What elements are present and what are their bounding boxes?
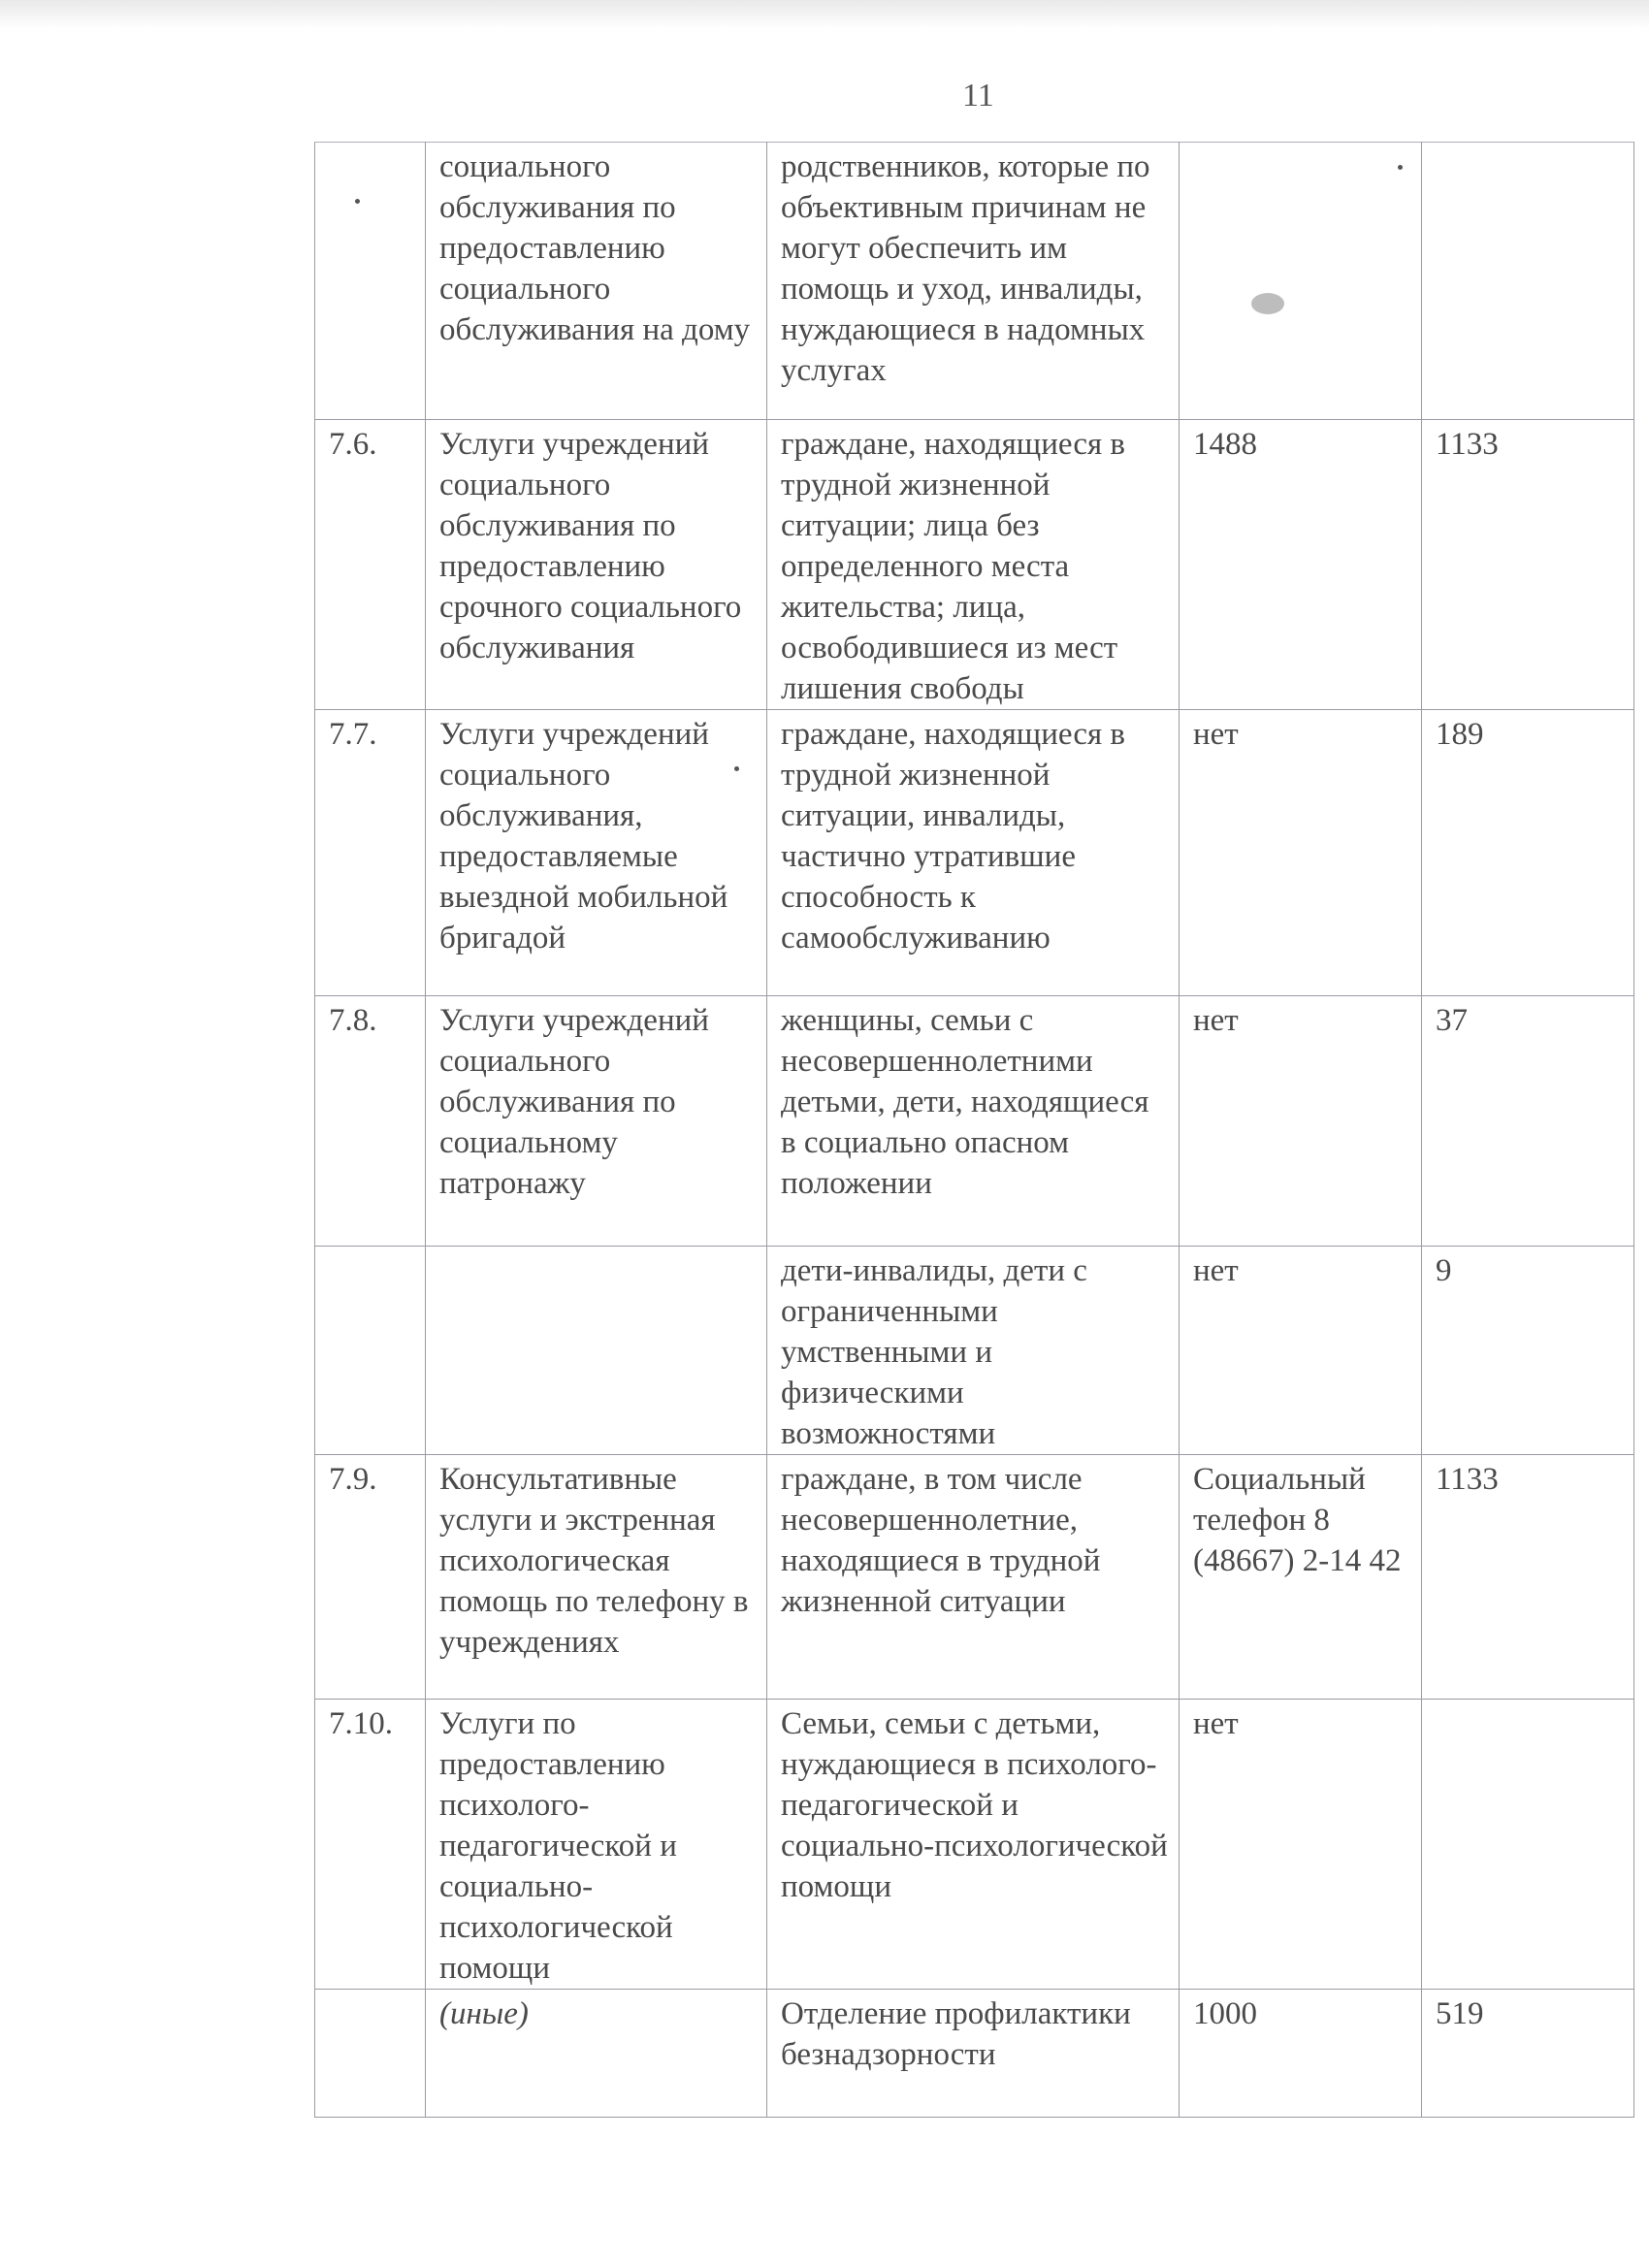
actual-value: 37	[1422, 996, 1634, 1247]
services-table: социального обслуживания по предоставлен…	[314, 142, 1634, 2118]
table-row: дети-инвалиды, дети с ограниченными умст…	[315, 1247, 1634, 1455]
plan-value: нет	[1180, 710, 1422, 996]
row-number	[315, 143, 426, 420]
plan-value: 1000	[1180, 1990, 1422, 2118]
table-row: 7.7. Услуги учреждений социального обслу…	[315, 710, 1634, 996]
recipients: Отделение профилактики безнадзорности	[767, 1990, 1180, 2118]
actual-value: 1133	[1422, 420, 1634, 710]
service-name: Консультативные услуги и экстренная псих…	[426, 1455, 767, 1700]
actual-value	[1422, 143, 1634, 420]
page-number: 11	[962, 78, 994, 114]
row-number	[315, 1247, 426, 1455]
table-row: 7.8. Услуги учреждений социального обслу…	[315, 996, 1634, 1247]
recipients: родственников, которые по объективным пр…	[767, 143, 1180, 420]
table-row: 7.9. Консультативные услуги и экстренная…	[315, 1455, 1634, 1700]
row-number: 7.10.	[315, 1700, 426, 1990]
service-name: Услуги по предоставлению психолого-педаг…	[426, 1700, 767, 1990]
actual-value: 519	[1422, 1990, 1634, 2118]
plan-value	[1180, 143, 1422, 420]
recipients: граждане, в том числе несовершеннолетние…	[767, 1455, 1180, 1700]
row-number: 7.7.	[315, 710, 426, 996]
actual-value: 189	[1422, 710, 1634, 996]
plan-value: нет	[1180, 1700, 1422, 1990]
plan-value: 1488	[1180, 420, 1422, 710]
row-number: 7.9.	[315, 1455, 426, 1700]
service-name: (иные)	[426, 1990, 767, 2118]
recipients: женщины, семьи с несовершеннолетними дет…	[767, 996, 1180, 1247]
plan-value: нет	[1180, 1247, 1422, 1455]
recipients: граждане, находящиеся в трудной жизненно…	[767, 420, 1180, 710]
service-name: Услуги учреждений социального обслуживан…	[426, 710, 767, 996]
service-name: Услуги учреждений социального обслуживан…	[426, 420, 767, 710]
table-row: 7.10. Услуги по предоставлению психолого…	[315, 1700, 1634, 1990]
service-name: Услуги учреждений социального обслуживан…	[426, 996, 767, 1247]
table-row: социального обслуживания по предоставлен…	[315, 143, 1634, 420]
service-name: социального обслуживания по предоставлен…	[426, 143, 767, 420]
recipients: Семьи, семьи с детьми, нуждающиеся в пси…	[767, 1700, 1180, 1990]
plan-value: Социальный телефон 8 (48667) 2-14 42	[1180, 1455, 1422, 1700]
scan-top-shadow	[0, 0, 1649, 29]
actual-value: 1133	[1422, 1455, 1634, 1700]
scan-speck	[1398, 165, 1403, 170]
plan-value: нет	[1180, 996, 1422, 1247]
service-name	[426, 1247, 767, 1455]
table-row: 7.6. Услуги учреждений социального обслу…	[315, 420, 1634, 710]
scan-speck	[734, 766, 739, 771]
recipients: граждане, находящиеся в трудной жизненно…	[767, 710, 1180, 996]
row-number	[315, 1990, 426, 2118]
actual-value	[1422, 1700, 1634, 1990]
table-row: (иные) Отделение профилактики безнадзорн…	[315, 1990, 1634, 2118]
row-number: 7.6.	[315, 420, 426, 710]
scan-smudge	[1251, 293, 1284, 314]
actual-value: 9	[1422, 1247, 1634, 1455]
recipients: дети-инвалиды, дети с ограниченными умст…	[767, 1247, 1180, 1455]
row-number: 7.8.	[315, 996, 426, 1247]
scan-speck	[355, 199, 360, 204]
